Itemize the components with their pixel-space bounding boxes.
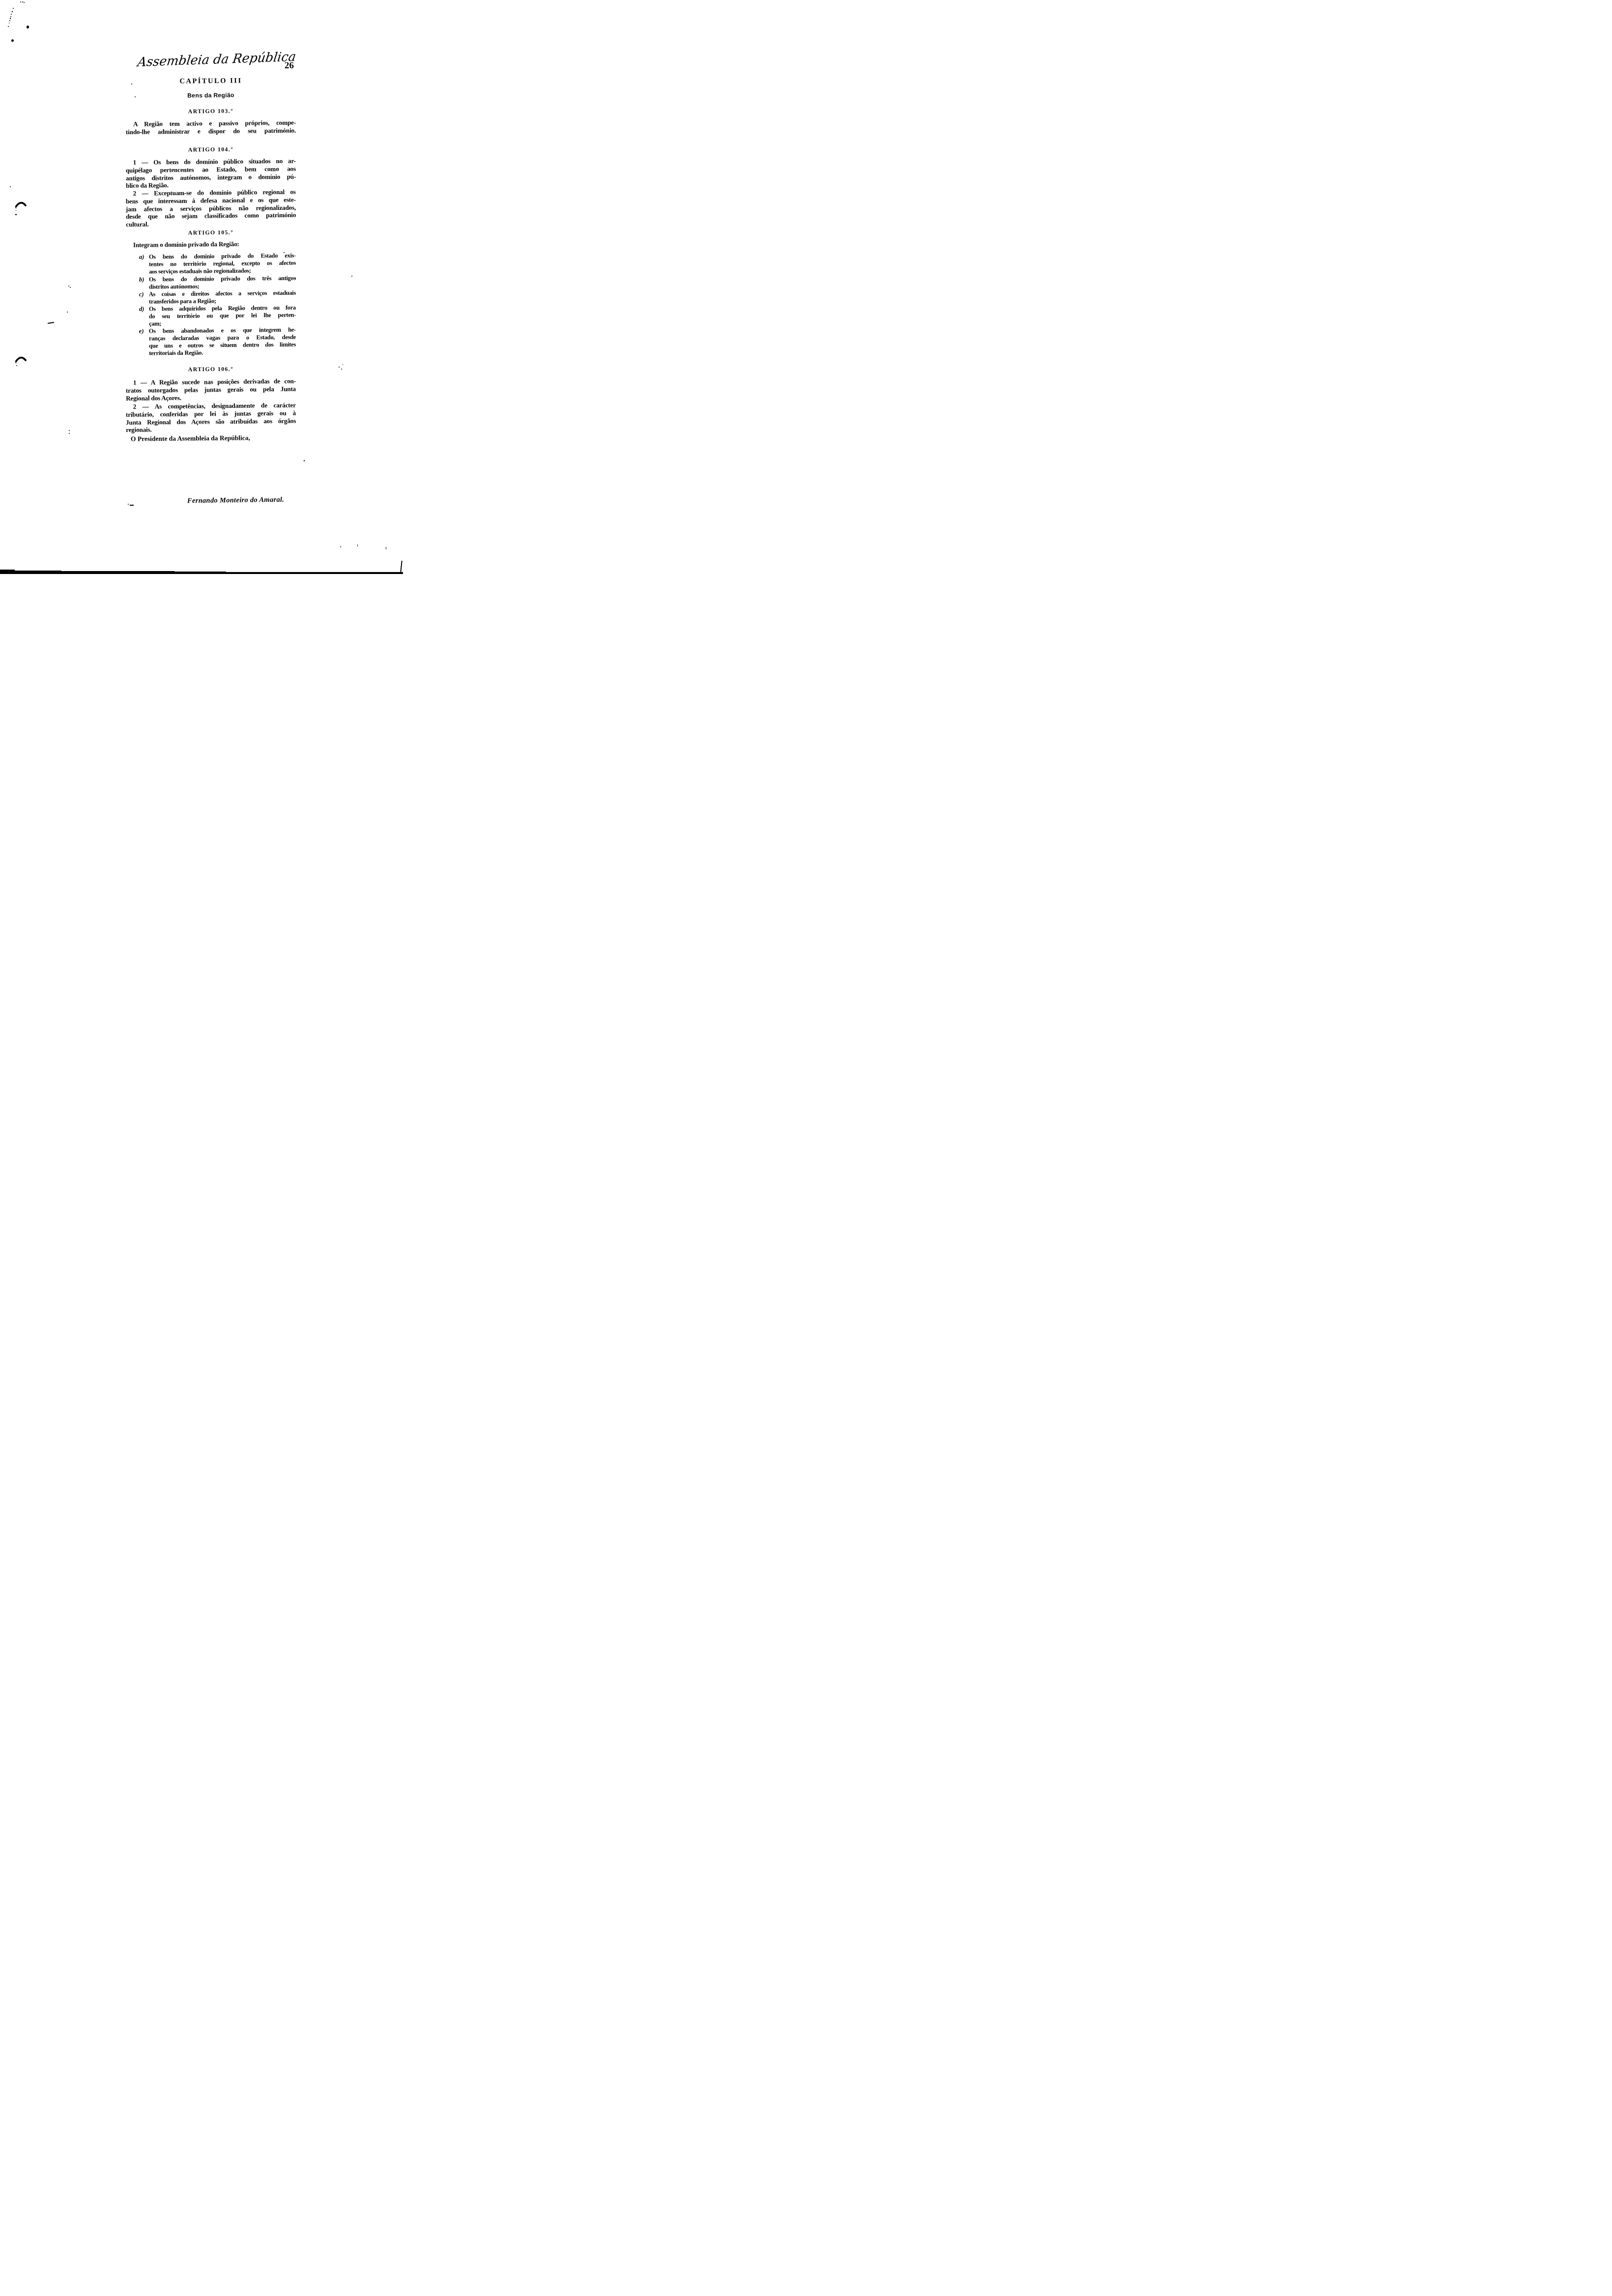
- scan-speck: [13, 8, 14, 9]
- list-item-d: d) Os bens adquiridos pela Região dentro…: [126, 304, 296, 328]
- scan-speck: [9, 20, 10, 21]
- scan-speck: [70, 287, 71, 288]
- article-104-paragraph-1: 1 — Os bens do domínio público situados …: [126, 157, 296, 190]
- text-line: do seu território ou que por lei lhe per…: [149, 312, 296, 320]
- assembleia-script-title: Assembleia da República: [137, 51, 273, 70]
- text-line: tindo-lhe administrar e dispor do seu pa…: [126, 126, 296, 136]
- article-103-heading: ARTIGO 103.°: [126, 107, 296, 115]
- text-line: regionais.: [126, 425, 296, 434]
- scan-speck: [69, 433, 70, 434]
- scan-speck: [341, 369, 342, 370]
- scan-speck: [128, 504, 129, 505]
- item-marker: b): [139, 276, 144, 284]
- list-item-a: a) Os bens do domínio privado do Estado …: [126, 252, 296, 276]
- text-line: cultural.: [126, 219, 296, 229]
- scan-speck: [341, 546, 341, 547]
- scan-speck: [12, 11, 13, 12]
- scan-speck: [357, 545, 358, 546]
- scan-speck: [343, 364, 343, 365]
- scan-speck: [284, 252, 285, 253]
- text-line: Integram o domínio privado da Região:: [126, 240, 296, 249]
- text-line: tratos outorgados pelas juntas gerais ou…: [126, 385, 296, 394]
- scan-speck: [16, 208, 16, 209]
- margin-dash-mark: [48, 322, 54, 324]
- item-marker: d): [139, 306, 144, 313]
- article-104-heading: ARTIGO 104.°: [126, 145, 296, 154]
- scan-speck: [131, 84, 132, 85]
- scan-blot: [11, 39, 14, 42]
- scan-speck: [16, 363, 16, 364]
- scan-speck: [339, 367, 340, 368]
- scan-speck: [351, 276, 352, 277]
- scan-speck: [69, 430, 70, 431]
- scan-speck: [15, 214, 17, 215]
- scan-speck: [11, 14, 12, 15]
- margin-crescent-mark: [15, 356, 27, 363]
- scanned-document-page: Assembleia da República 26 CAPÍTULO III …: [0, 0, 403, 574]
- list-item-c: c) As coisas e direitos afectos a serviç…: [126, 289, 296, 306]
- item-marker: c): [139, 291, 144, 298]
- chapter-subtitle: Bens da Região: [126, 91, 296, 99]
- article-106-paragraph-1: 1 — A Região sucede nas posições derivad…: [126, 377, 296, 402]
- scan-speck: [16, 365, 17, 366]
- article-105-heading: ARTIGO 105.°: [126, 228, 296, 237]
- scan-speck: [68, 286, 69, 287]
- chapter-heading: CAPÍTULO III: [126, 76, 296, 86]
- article-105-intro: Integram o domínio privado da Região:: [126, 240, 296, 249]
- article-106-paragraph-2: 2 — As competências, designadamente de c…: [126, 402, 296, 434]
- margin-dash-mark: [130, 505, 134, 506]
- scan-speck: [24, 2, 25, 3]
- text-line: As coisas e direitos afectos a serviços …: [149, 289, 296, 298]
- signature-name: Fernando Monteiro do Amaral.: [187, 496, 284, 505]
- text-line: Regional dos Açores.: [126, 393, 296, 402]
- text-line: que uns e outros se situem dentro dos li…: [149, 341, 296, 349]
- scan-speck: [295, 278, 296, 279]
- scan-speck: [67, 312, 68, 313]
- scan-speck: [303, 460, 305, 462]
- scan-speck: [10, 16, 11, 17]
- scan-speck: [16, 210, 16, 211]
- list-item-b: b) Os bens do domínio privado dos três a…: [126, 275, 296, 291]
- scan-speck: [135, 96, 136, 97]
- scan-edge-band: [49, 572, 226, 573]
- scan-speck: [386, 547, 386, 549]
- scan-speck: [10, 18, 11, 19]
- article-104-paragraph-2: 2 — Exceptuam-se do domínio público regi…: [126, 188, 296, 229]
- list-item-e: e) Os bens abandonados e os que integrem…: [126, 326, 296, 357]
- item-marker: e): [139, 328, 144, 335]
- scan-speck: [10, 186, 11, 187]
- text-line: Os bens do domínio privado dos três anti…: [149, 275, 296, 284]
- scan-blot: [27, 26, 29, 29]
- text-line: territoriais da Região.: [149, 348, 296, 357]
- scan-speck: [8, 26, 9, 27]
- margin-crescent-mark: [15, 201, 27, 208]
- scan-speck: [9, 23, 9, 24]
- text-line: aos serviços estaduais não regionalizado…: [149, 266, 296, 275]
- scan-speck: [22, 1, 23, 2]
- article-106-heading: ARTIGO 106.°: [126, 365, 296, 373]
- scan-speck: [20, 1, 21, 2]
- item-marker: a): [139, 254, 144, 261]
- article-103-paragraph-1: A Região tem activo e passivo próprios, …: [126, 119, 296, 136]
- page-number: 26: [285, 60, 294, 71]
- text-line: tentes no território regional, excepto o…: [149, 259, 296, 268]
- president-closing-line: O Presidente da Assembleia da República,: [126, 433, 296, 443]
